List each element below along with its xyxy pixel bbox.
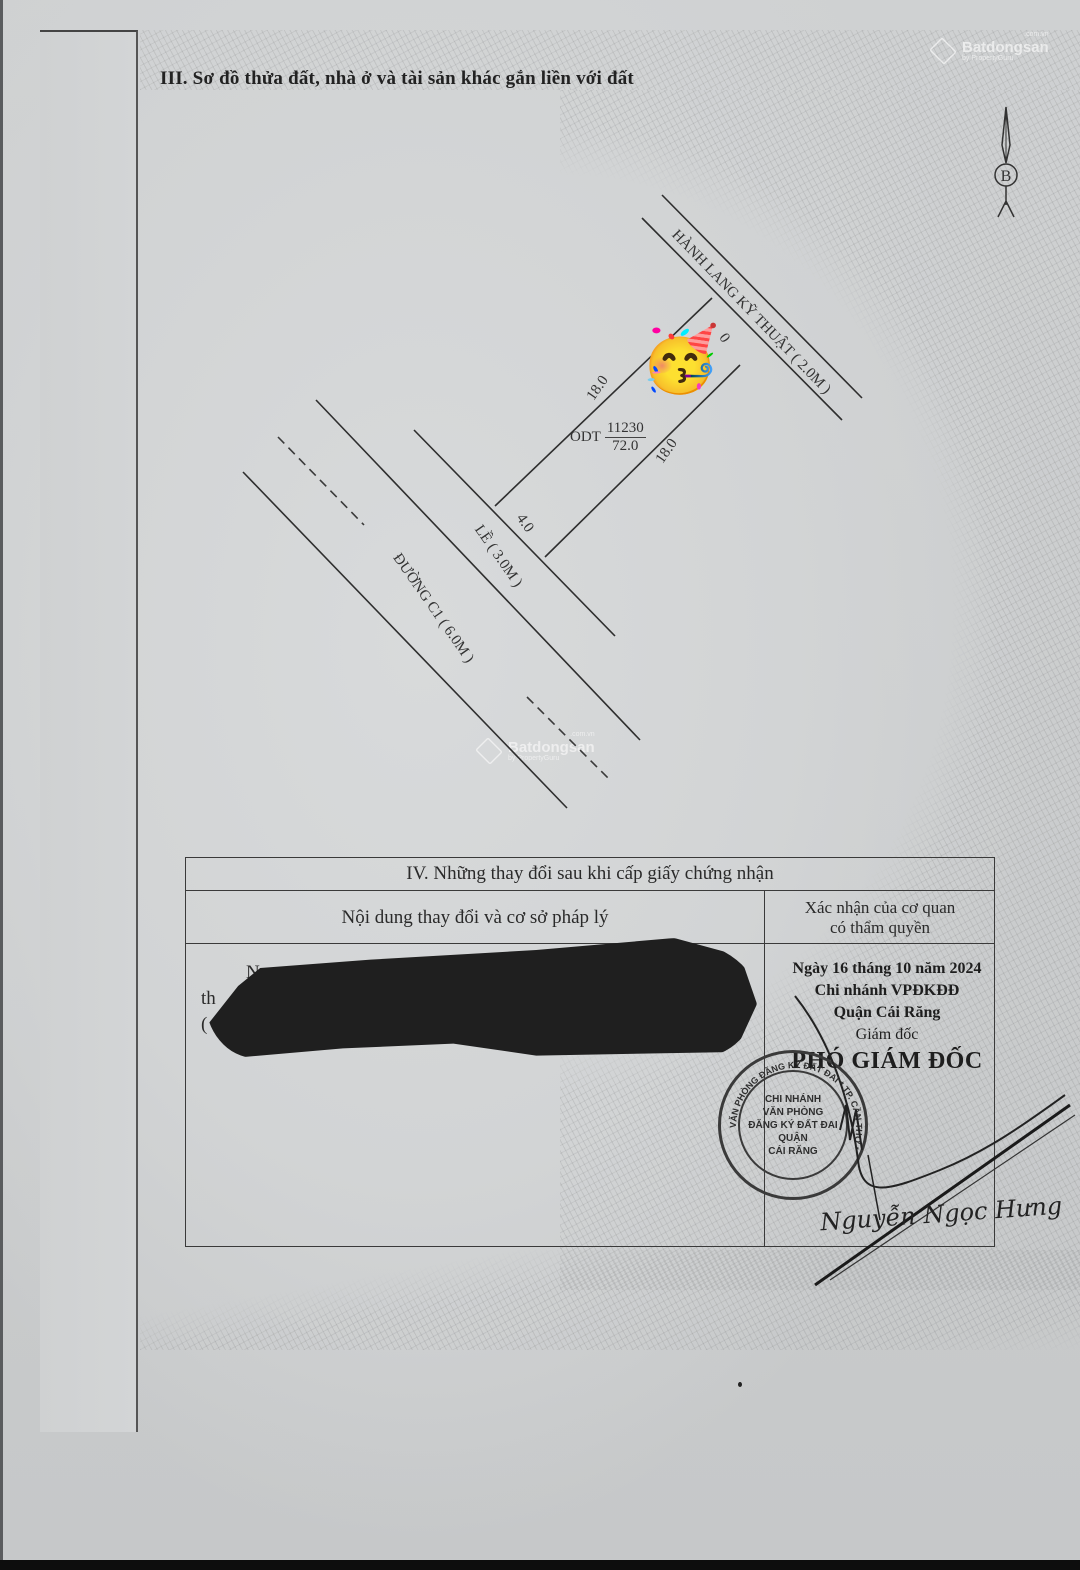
security-pattern-bottom: [140, 1250, 1080, 1350]
approval-district: Quận Cái Răng: [762, 1002, 1012, 1024]
parcel-number: 11230: [605, 420, 646, 438]
site-plan-drawing: [0, 0, 1080, 900]
party-face-emoji-icon: 🥳: [640, 328, 720, 392]
parcel-area: 72.0: [612, 438, 638, 455]
approval-role-small: Giám đốc: [762, 1024, 1012, 1046]
official-stamp: VĂN PHÒNG ĐĂNG KÝ ĐẤT ĐAI * TP. CẦN THƠ …: [718, 1050, 868, 1200]
table-header-row: Nội dung thay đổi và cơ sở pháp lý Xác n…: [186, 891, 994, 944]
approval-office: Chi nhánh VPĐKĐĐ: [762, 980, 1012, 1002]
document-page: III. Sơ đồ thửa đất, nhà ở và tài sản kh…: [0, 0, 1080, 1560]
parcel-info: ODT 11230 72.0: [570, 420, 646, 454]
ink-dot: [738, 1382, 742, 1387]
content-fragment: th: [201, 988, 216, 1010]
svg-text:VĂN PHÒNG ĐĂNG KÝ ĐẤT ĐAI * TP: VĂN PHÒNG ĐĂNG KÝ ĐẤT ĐAI * TP. CẦN THƠ …: [728, 1059, 864, 1152]
table-title: IV. Những thay đổi sau khi cấp giấy chứn…: [186, 858, 994, 891]
stamp-ring-text: VĂN PHÒNG ĐĂNG KÝ ĐẤT ĐAI * TP. CẦN THƠ …: [721, 1053, 871, 1203]
content-fragment: (: [201, 1014, 207, 1036]
screen-bottom-edge: [0, 1560, 1080, 1570]
header-confirmation: Xác nhận của cơ quan có thẩm quyền: [766, 891, 994, 944]
header-content: Nội dung thay đổi và cơ sở pháp lý: [186, 891, 764, 944]
approval-date: Ngày 16 tháng 10 năm 2024: [762, 958, 1012, 980]
land-use-code: ODT: [570, 429, 601, 446]
